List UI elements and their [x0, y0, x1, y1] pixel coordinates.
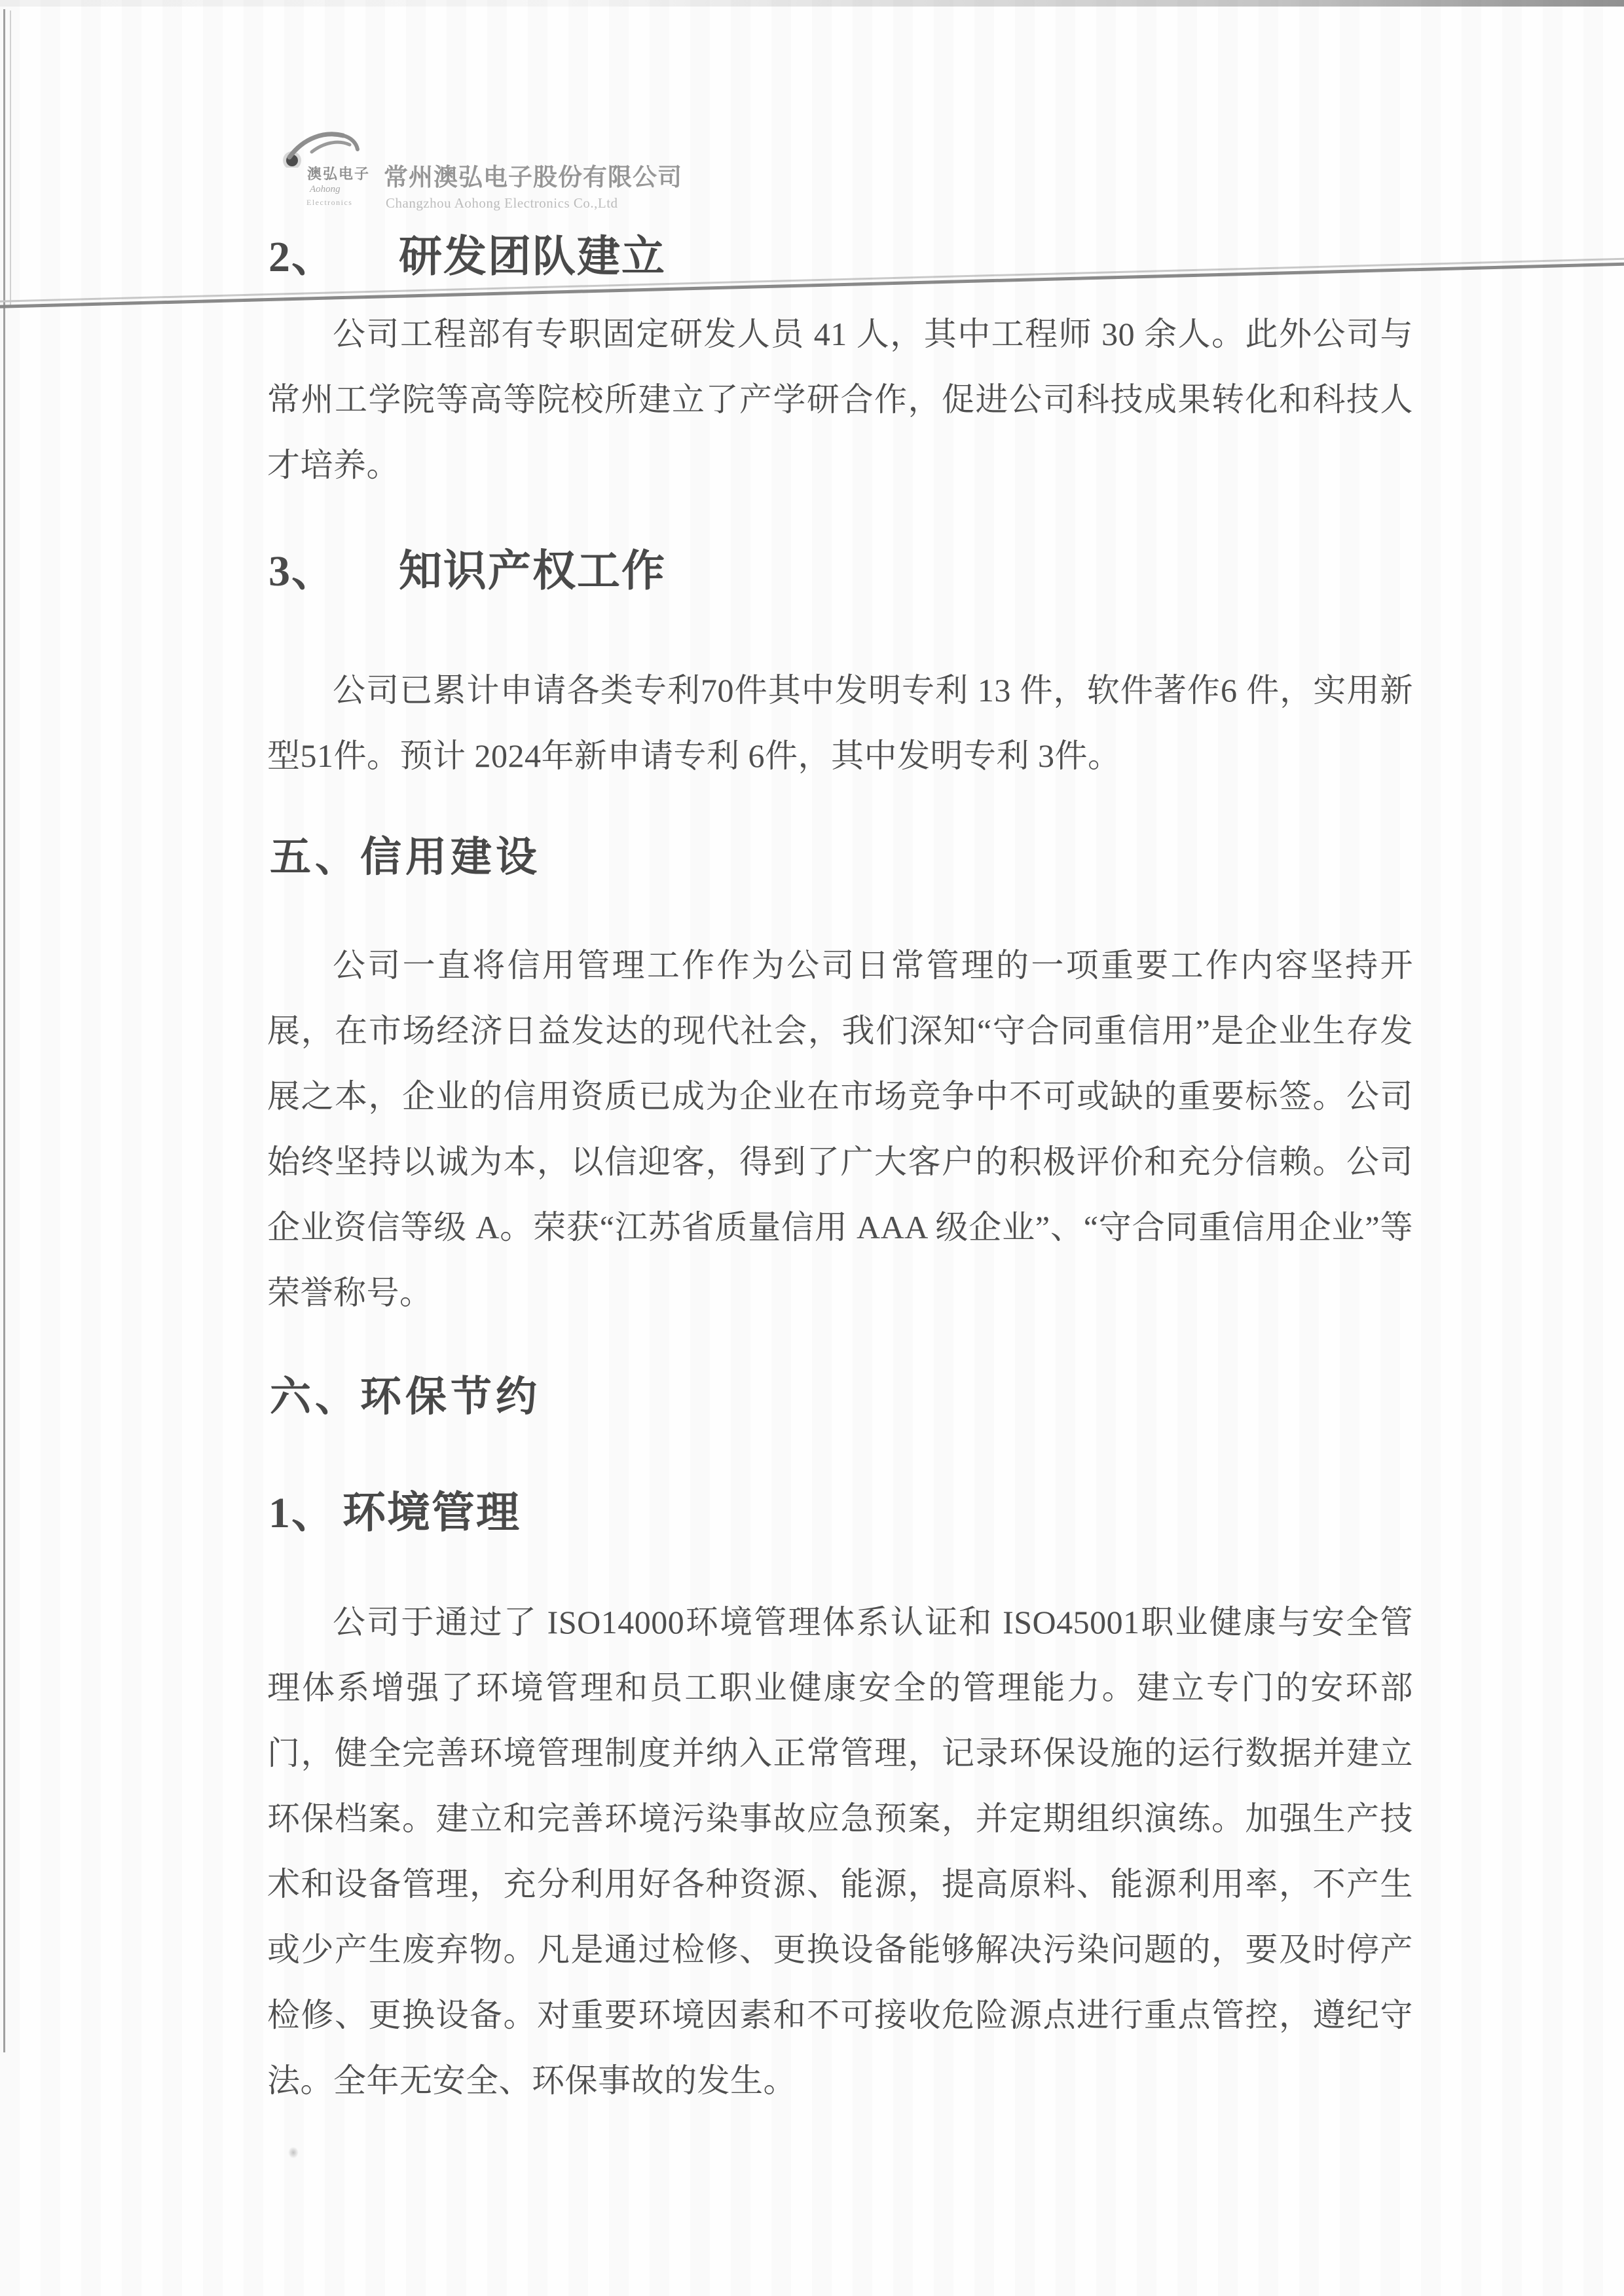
section-heading-env-management: 1、环境管理 — [268, 1492, 521, 1535]
section-number: 3、 — [268, 547, 336, 595]
section-title: 研发团队建立 — [399, 233, 666, 281]
section-heading-environment: 六、环保节约 — [270, 1377, 541, 1418]
section-title: 环境管理 — [342, 1489, 521, 1537]
paragraph-ip-work: 公司已累计申请各类专利70件其中发明专利 13 件，软件著作6 件，实用新型51… — [267, 657, 1413, 788]
section-number: 2、 — [268, 233, 336, 281]
logo-wordmark-en2: Electronics — [306, 198, 352, 206]
logo-wordmark-cn: 澳弘电子 — [307, 167, 370, 181]
scan-speck — [288, 2147, 299, 2158]
scan-left-edge-line — [3, 9, 5, 2052]
paragraph-credit: 公司一直将信用管理工作作为公司日常管理的一项重要工作内容坚持开展，在市场经济日益… — [267, 933, 1413, 1325]
paragraph-env-management: 公司于通过了 ISO14000环境管理体系认证和 ISO45001职业健康与安全… — [267, 1589, 1413, 2113]
section-title: 知识产权工作 — [399, 547, 666, 595]
section-heading-rd-team: 2、研发团队建立 — [268, 236, 666, 279]
scan-left-edge-line-soft — [10, 10, 11, 305]
scan-top-edge-shadow — [0, 0, 1624, 7]
company-name-cn: 常州澳弘电子股份有限公司 — [384, 165, 682, 192]
document-page: 澳弘电子 Aohong Electronics 常州澳弘电子股份有限公司 Cha… — [0, 0, 1624, 2296]
company-name-en: Changzhou Aohong Electronics Co.,Ltd — [386, 196, 618, 210]
section-number: 1、 — [268, 1489, 336, 1537]
aohong-logo-icon — [283, 130, 369, 168]
section-heading-credit: 五、信用建设 — [270, 837, 541, 878]
paragraph-rd-team: 公司工程部有专职固定研发人员 41 人，其中工程师 30 余人。此外公司与常州工… — [267, 301, 1413, 498]
section-heading-ip-work: 3、知识产权工作 — [268, 550, 666, 593]
logo-wordmark-en: Aohong — [310, 185, 341, 194]
